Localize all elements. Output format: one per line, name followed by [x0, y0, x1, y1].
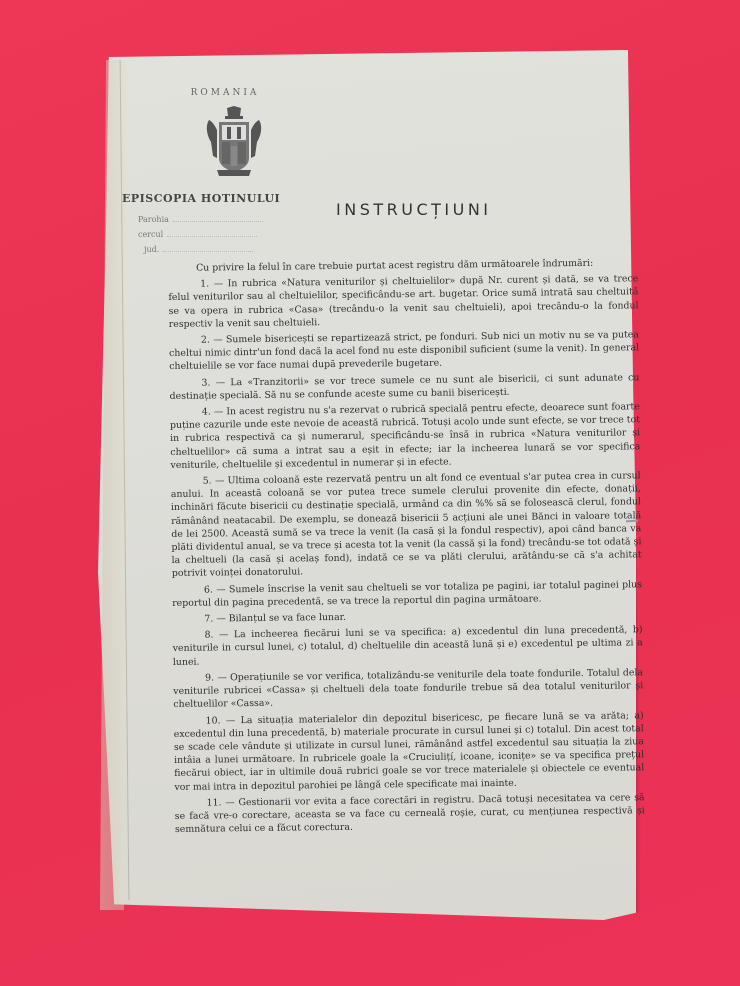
item-text: In acest registru nu s'a rezervat o rubr… — [170, 401, 640, 471]
instructions-body: Cu privire la felul în care trebuie purt… — [168, 256, 645, 839]
item-number: 5. — [203, 476, 212, 487]
item-number: 11. — [207, 797, 222, 808]
item-text: In rubrica «Natura veniturilor și cheltu… — [168, 273, 638, 329]
item-text: Operațiunile se vor verifica, totalizând… — [173, 667, 643, 710]
item-text: La situația materialelor din depozitul b… — [174, 710, 645, 793]
item-number: 10. — [206, 715, 221, 726]
field-blank — [173, 221, 263, 222]
field-cercul: cercul — [138, 227, 263, 242]
item-text: Sumele bisericești se repartizează stric… — [169, 329, 639, 372]
field-blank — [167, 236, 257, 237]
instruction-item: 10. — La situația materialelor din depoz… — [174, 709, 645, 794]
item-number: 4. — [202, 407, 211, 418]
item-number: 7. — [204, 614, 213, 625]
item-text: Gestionarii vor evita a face corectări i… — [175, 792, 645, 835]
letterhead: ROMANIA EPISCOPIA HOTINULUI — [120, 88, 290, 205]
item-text: Bilanțul se va face lunar. — [229, 612, 347, 624]
instruction-item: 9. — Operațiunile se vor verifica, total… — [173, 666, 643, 711]
item-text: La incheerea fiecărui luni se va specifi… — [173, 625, 643, 668]
field-label: Parohia — [138, 215, 169, 224]
item-number: 8. — [204, 630, 213, 641]
item-number: 1. — [200, 279, 209, 290]
institution-name: EPISCOPIA HOTINULUI — [122, 192, 290, 205]
document-title: INSTRUCȚIUNI — [336, 200, 492, 219]
form-fields: Parohia cercul jud. — [138, 212, 263, 257]
instruction-item: 8. — La incheerea fiecărui luni se va sp… — [172, 624, 642, 669]
country-name: ROMANIA — [160, 88, 290, 98]
instruction-item: 1. — In rubrica «Natura veniturilor și c… — [168, 272, 639, 331]
instruction-item: 3. — La «Tranzitorii» se vor trece sumel… — [169, 371, 639, 403]
instruction-item: 11. — Gestionarii vor evita a face corec… — [175, 791, 645, 836]
instruction-item: 5. — Ultima coloană este rezervată pentr… — [171, 469, 642, 580]
instruction-item: 6. — Sumele înscrise la venit sau cheltu… — [172, 578, 642, 610]
instruction-item: 4. — In acest registru nu s'a rezervat o… — [170, 400, 641, 472]
item-number: 9. — [205, 672, 214, 683]
item-number: 6. — [204, 584, 213, 595]
field-label: cercul — [138, 230, 163, 239]
field-blank — [163, 251, 253, 252]
coat-of-arms-icon — [203, 106, 265, 178]
field-parohia: Parohia — [138, 212, 263, 227]
instruction-item: 2. — Sumele bisericești se repartizează … — [169, 328, 639, 373]
field-label: jud. — [144, 245, 159, 254]
item-text: La «Tranzitorii» se vor trece sumele ce … — [170, 372, 640, 402]
item-text: Ultima coloană este rezervată pentru un … — [171, 470, 642, 579]
instructions-list: 1. — In rubrica «Natura veniturilor și c… — [168, 272, 645, 836]
item-number: 2. — [201, 335, 210, 346]
item-text: Sumele înscrise la venit sau cheltueli s… — [172, 579, 642, 609]
field-jud: jud. — [138, 242, 263, 257]
item-number: 3. — [201, 377, 210, 388]
